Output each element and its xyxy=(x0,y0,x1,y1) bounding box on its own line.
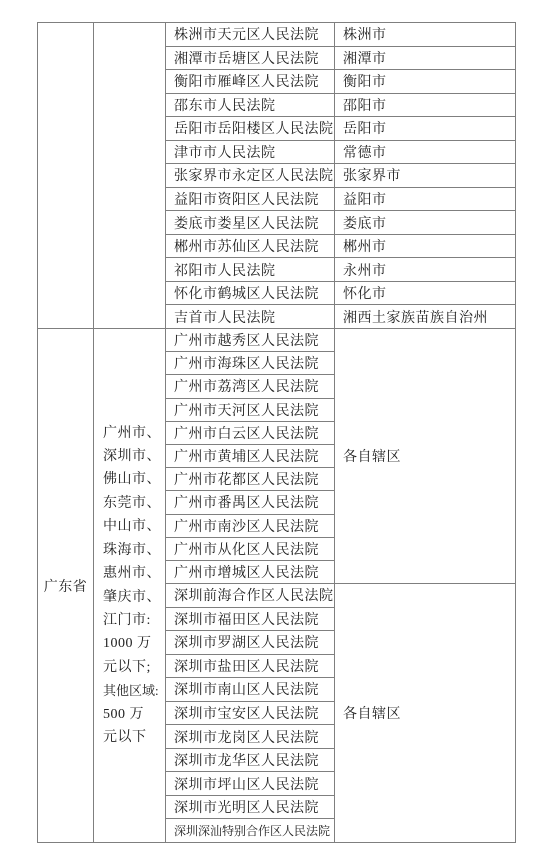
condition-line: 深圳市、 xyxy=(103,445,165,468)
court-cell: 广州市白云区人民法院 xyxy=(166,421,334,444)
court-cell: 深圳市坪山区人民法院 xyxy=(166,771,334,795)
table-row: 郴州市苏仙区人民法院 郴州市 xyxy=(166,234,515,258)
condition-line: 佛山市、 xyxy=(103,468,165,491)
court-cell: 深圳市罗湖区人民法院 xyxy=(166,630,334,654)
jurisdiction-label: 各自辖区 xyxy=(343,446,401,466)
court-cell: 广州市越秀区人民法院 xyxy=(166,329,334,351)
document-page: 株洲市天元区人民法院 株洲市 湘潭市岳塘区人民法院 湘潭市 衡阳市雁峰区人民法院… xyxy=(0,0,538,862)
condition-line: 500 万 xyxy=(103,703,165,726)
jurisdiction-merged-cell: 各自辖区 xyxy=(335,329,515,583)
condition-cell: 广州市、 深圳市、 佛山市、 东莞市、 中山市、 珠海市、 惠州市、 肇庆市、 … xyxy=(94,329,166,842)
table-row: 益阳市资阳区人民法院 益阳市 xyxy=(166,187,515,211)
court-cell: 衡阳市雁峰区人民法院 xyxy=(166,70,335,93)
table-row: 岳阳市岳阳楼区人民法院 岳阳市 xyxy=(166,116,515,140)
table-row: 吉首市人民法院 湘西土家族苗族自治州 xyxy=(166,304,515,328)
jurisdiction-label: 各自辖区 xyxy=(343,703,401,723)
jurisdiction-cell: 怀化市 xyxy=(335,282,515,305)
jurisdiction-cell: 永州市 xyxy=(335,258,515,281)
court-cell: 广州市南沙区人民法院 xyxy=(166,514,334,537)
court-cell: 邵东市人民法院 xyxy=(166,94,335,117)
guangzhou-courts: 广州市越秀区人民法院 广州市海珠区人民法院 广州市荔湾区人民法院 广州市天河区人… xyxy=(166,329,335,583)
court-cell: 深圳市盐田区人民法院 xyxy=(166,654,334,678)
condition-line: 东莞市、 xyxy=(103,492,165,515)
table-row: 怀化市鹤城区人民法院 怀化市 xyxy=(166,281,515,305)
jurisdiction-cell: 张家界市 xyxy=(335,164,515,187)
court-cell: 广州市荔湾区人民法院 xyxy=(166,374,334,397)
section-guangdong: 广东省 广州市、 深圳市、 佛山市、 东莞市、 中山市、 珠海市、 惠州市、 肇… xyxy=(38,329,515,842)
section-hunan: 株洲市天元区人民法院 株洲市 湘潭市岳塘区人民法院 湘潭市 衡阳市雁峰区人民法院… xyxy=(38,23,515,329)
table-row: 衡阳市雁峰区人民法院 衡阳市 xyxy=(166,69,515,93)
guangzhou-group: 广州市越秀区人民法院 广州市海珠区人民法院 广州市荔湾区人民法院 广州市天河区人… xyxy=(166,329,515,584)
jurisdiction-cell: 邵阳市 xyxy=(335,94,515,117)
court-cell: 岳阳市岳阳楼区人民法院 xyxy=(166,117,335,140)
court-cell: 广州市海珠区人民法院 xyxy=(166,351,334,374)
table-row: 娄底市娄星区人民法院 娄底市 xyxy=(166,210,515,234)
condition-line: 广州市、 xyxy=(103,422,165,445)
court-jurisdiction-table: 株洲市天元区人民法院 株洲市 湘潭市岳塘区人民法院 湘潭市 衡阳市雁峰区人民法院… xyxy=(37,22,516,843)
court-cell: 广州市花都区人民法院 xyxy=(166,467,334,490)
court-cell: 深圳前海合作区人民法院 xyxy=(166,584,334,607)
court-cell: 娄底市娄星区人民法院 xyxy=(166,211,335,234)
jurisdiction-cell: 益阳市 xyxy=(335,188,515,211)
condition-line: 江门市: xyxy=(103,609,165,632)
table-row: 津市市人民法院 常德市 xyxy=(166,140,515,164)
jurisdiction-cell: 湘潭市 xyxy=(335,47,515,70)
court-cell: 津市市人民法院 xyxy=(166,141,335,164)
jurisdiction-cell: 郴州市 xyxy=(335,235,515,258)
condition-line: 惠州市、 xyxy=(103,562,165,585)
court-cell: 株洲市天元区人民法院 xyxy=(166,23,335,46)
table-row: 湘潭市岳塘区人民法院 湘潭市 xyxy=(166,46,515,70)
jurisdiction-merged-cell: 各自辖区 xyxy=(335,584,515,842)
jurisdiction-cell: 常德市 xyxy=(335,141,515,164)
court-cell: 张家界市永定区人民法院 xyxy=(166,164,335,187)
court-cell: 益阳市资阳区人民法院 xyxy=(166,188,335,211)
condition-line: 中山市、 xyxy=(103,515,165,538)
court-cell: 吉首市人民法院 xyxy=(166,305,335,328)
court-cell: 广州市黄埔区人民法院 xyxy=(166,444,334,467)
condition-line: 珠海市、 xyxy=(103,539,165,562)
court-cell: 广州市从化区人民法院 xyxy=(166,537,334,560)
court-cell: 广州市天河区人民法院 xyxy=(166,398,334,421)
condition-line: 1000 万 xyxy=(103,632,165,655)
court-cell: 深圳市光明区人民法院 xyxy=(166,795,334,819)
court-cell: 广州市番禺区人民法院 xyxy=(166,490,334,513)
jurisdiction-cell: 岳阳市 xyxy=(335,117,515,140)
court-cell: 深圳深汕特别合作区人民法院 xyxy=(166,818,334,842)
court-cell: 祁阳市人民法院 xyxy=(166,258,335,281)
court-cell: 广州市增城区人民法院 xyxy=(166,560,334,583)
province-label: 广东省 xyxy=(44,576,88,596)
court-cell: 湘潭市岳塘区人民法院 xyxy=(166,47,335,70)
province-cell: 广东省 xyxy=(38,329,94,842)
jurisdiction-cell: 株洲市 xyxy=(335,23,515,46)
court-cell: 深圳市福田区人民法院 xyxy=(166,607,334,631)
jurisdiction-cell: 娄底市 xyxy=(335,211,515,234)
court-cell: 深圳市宝安区人民法院 xyxy=(166,701,334,725)
court-rows: 株洲市天元区人民法院 株洲市 湘潭市岳塘区人民法院 湘潭市 衡阳市雁峰区人民法院… xyxy=(166,23,515,328)
condition-line: 其他区域: xyxy=(103,679,165,702)
shenzhen-group: 深圳前海合作区人民法院 深圳市福田区人民法院 深圳市罗湖区人民法院 深圳市盐田区… xyxy=(166,584,515,842)
court-cell: 怀化市鹤城区人民法院 xyxy=(166,282,335,305)
jurisdiction-cell: 衡阳市 xyxy=(335,70,515,93)
guangdong-court-groups: 广州市越秀区人民法院 广州市海珠区人民法院 广州市荔湾区人民法院 广州市天河区人… xyxy=(166,329,515,842)
province-cell-empty xyxy=(38,23,94,328)
court-cell: 深圳市龙华区人民法院 xyxy=(166,748,334,772)
shenzhen-courts: 深圳前海合作区人民法院 深圳市福田区人民法院 深圳市罗湖区人民法院 深圳市盐田区… xyxy=(166,584,335,842)
table-row: 邵东市人民法院 邵阳市 xyxy=(166,93,515,117)
jurisdiction-cell: 湘西土家族苗族自治州 xyxy=(335,305,515,328)
condition-cell-empty xyxy=(94,23,166,328)
condition-line: 肇庆市、 xyxy=(103,586,165,609)
court-cell: 深圳市南山区人民法院 xyxy=(166,677,334,701)
condition-line: 元以下 xyxy=(103,726,165,749)
table-row: 株洲市天元区人民法院 株洲市 xyxy=(166,23,515,46)
court-cell: 郴州市苏仙区人民法院 xyxy=(166,235,335,258)
table-row: 张家界市永定区人民法院 张家界市 xyxy=(166,163,515,187)
court-cell: 深圳市龙岗区人民法院 xyxy=(166,724,334,748)
table-row: 祁阳市人民法院 永州市 xyxy=(166,257,515,281)
condition-line: 元以下; xyxy=(103,656,165,679)
